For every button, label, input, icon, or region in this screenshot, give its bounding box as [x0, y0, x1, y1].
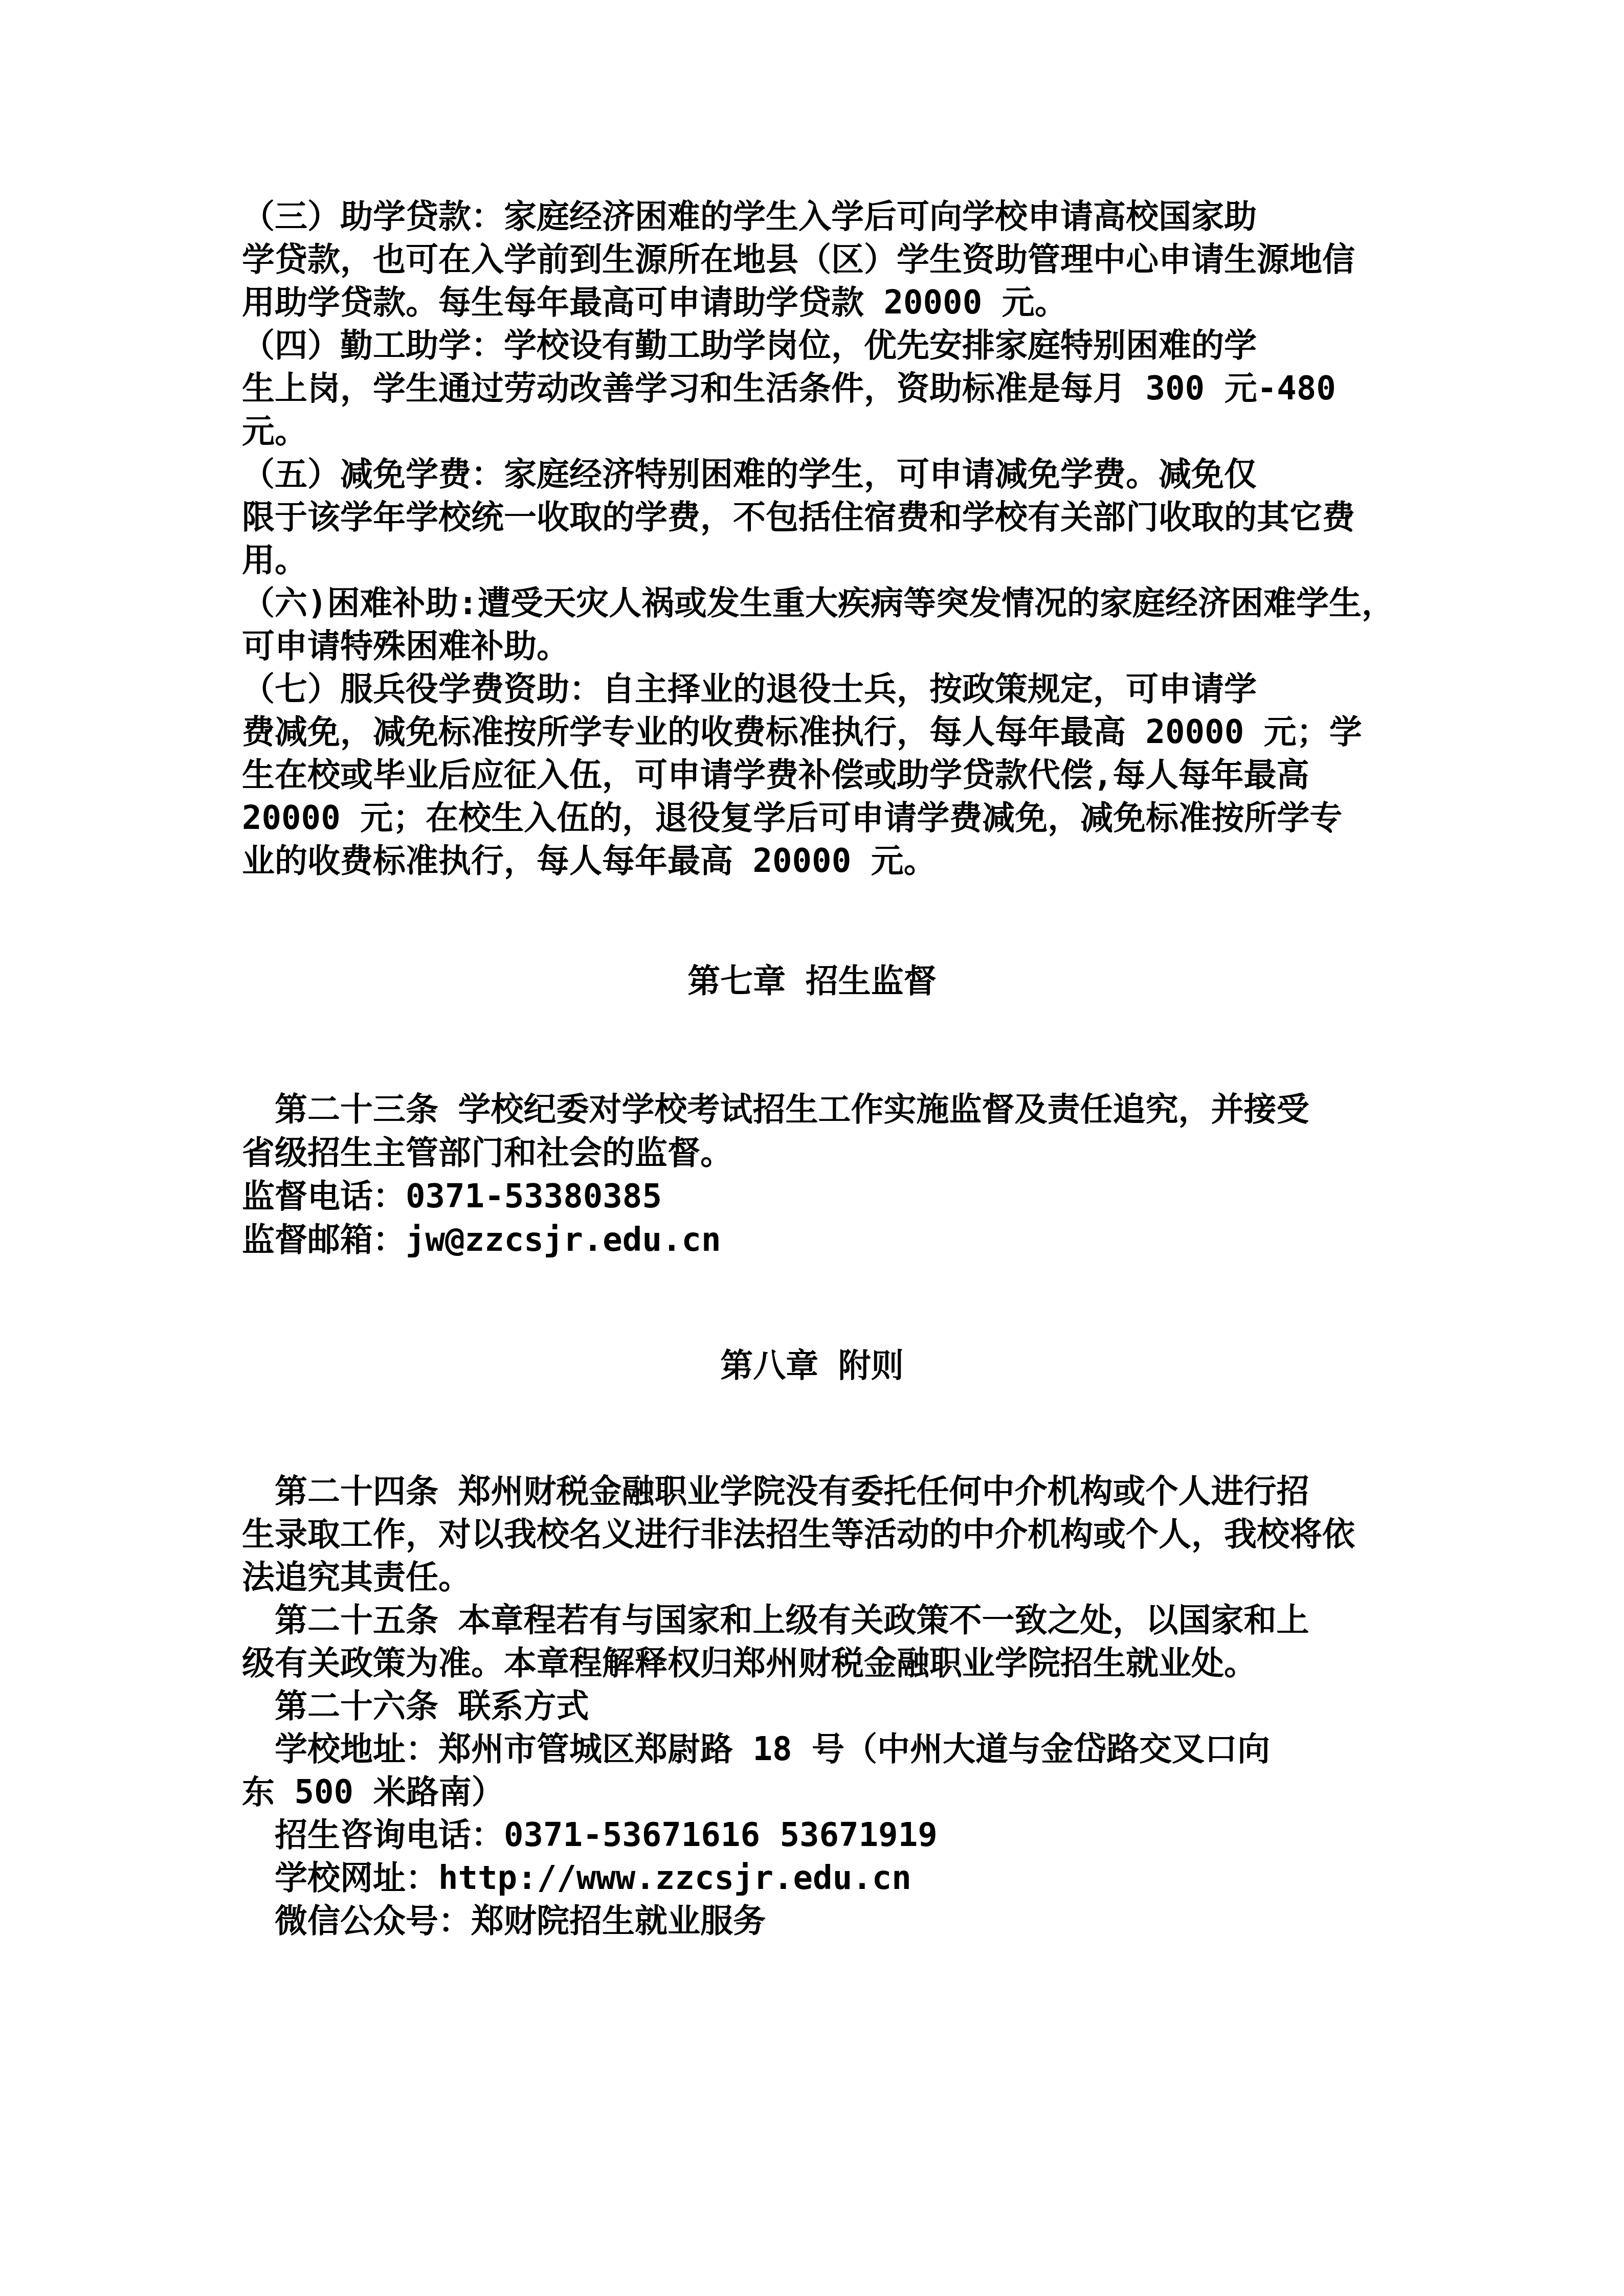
supervision-email-line: 监督邮箱：jw@zzcsjr.edu.cn: [242, 1219, 1480, 1262]
consult-phone-label: 招生咨询电话：: [242, 1816, 504, 1854]
text-line: （六)困难补助:遭受天灾人祸或发生重大疾病等突发情况的家庭经济困难学生，: [242, 582, 1480, 625]
text-line: 限于该学年学校统一收取的学费，不包括住宿费和学校有关部门收取的其它费: [242, 496, 1480, 539]
text-line: 生在校或毕业后应征入伍，可申请学费补偿或助学贷款代偿,每人每年最高: [242, 754, 1480, 797]
document-page: { "colors": { "page_background": "#fffff…: [0, 0, 1624, 2296]
text-line: （五）减免学费：家庭经济特别困难的学生，可申请减免学费。减免仅: [242, 453, 1480, 496]
text-line: 元。: [242, 410, 1480, 453]
text-line: 省级招生主管部门和社会的监督。: [242, 1132, 1480, 1175]
consult-phone-line: 招生咨询电话：0371-53671616 53671919: [242, 1814, 1480, 1857]
chapter-7-heading: 第七章 招生监督: [0, 960, 1624, 1003]
supervision-phone-number: 0371-53380385: [406, 1178, 662, 1215]
supervision-phone-label: 监督电话：: [242, 1178, 406, 1215]
supervision-phone-line: 监督电话：0371-53380385: [242, 1175, 1480, 1219]
text-line: 第二十四条 郑州财税金融职业学院没有委托任何中介机构或个人进行招: [242, 1470, 1480, 1513]
financial-aid-section: （三）助学贷款：家庭经济困难的学生入学后可向学校申请高校国家助 学贷款，也可在入…: [242, 195, 1480, 883]
text-line: 第二十三条 学校纪委对学校考试招生工作实施监督及责任追究，并接受: [242, 1088, 1480, 1132]
text-line: 法追究其责任。: [242, 1556, 1480, 1599]
appendix-section: 第二十四条 郑州财税金融职业学院没有委托任何中介机构或个人进行招 生录取工作，对…: [242, 1470, 1480, 1943]
text-line: 费减免，减免标准按所学专业的收费标准执行，每人每年最高 20000 元；学: [242, 711, 1480, 754]
school-address-line: 学校地址：郑州市管城区郑尉路 18 号（中州大道与金岱路交叉口向: [242, 1728, 1480, 1771]
text-line: 级有关政策为准。本章程解释权归郑州财税金融职业学院招生就业处。: [242, 1642, 1480, 1685]
text-line: 第二十六条 联系方式: [242, 1685, 1480, 1728]
text-line: 业的收费标准执行，每人每年最高 20000 元。: [242, 840, 1480, 883]
supervision-email-label: 监督邮箱：: [242, 1221, 406, 1259]
website-url: http://www.zzcsjr.edu.cn: [438, 1859, 911, 1897]
supervision-email-address: jw@zzcsjr.edu.cn: [406, 1221, 721, 1259]
website-label: 学校网址：: [242, 1859, 438, 1897]
text-line: 学贷款，也可在入学前到生源所在地县（区）学生资助管理中心申请生源地信: [242, 238, 1480, 281]
text-line: （四）勤工助学：学校设有勤工助学岗位，优先安排家庭特别困难的学: [242, 324, 1480, 367]
text-line: 用助学贷款。每生每年最高可申请助学贷款 20000 元。: [242, 281, 1480, 324]
text-line: 用。: [242, 539, 1480, 582]
text-line: 生录取工作，对以我校名义进行非法招生等活动的中介机构或个人，我校将依: [242, 1513, 1480, 1556]
consult-phone-number: 0371-53671616 53671919: [504, 1816, 938, 1854]
text-line: （三）助学贷款：家庭经济困难的学生入学后可向学校申请高校国家助: [242, 195, 1480, 238]
text-line: 20000 元；在校生入伍的，退役复学后可申请学费减免，减免标准按所学专: [242, 797, 1480, 840]
supervision-section: 第二十三条 学校纪委对学校考试招生工作实施监督及责任追究，并接受 省级招生主管部…: [242, 1088, 1480, 1262]
text-line: （七）服兵役学费资助：自主择业的退役士兵，按政策规定，可申请学: [242, 668, 1480, 711]
text-line: 东 500 米路南）: [242, 1771, 1480, 1814]
text-line: 可申请特殊困难补助。: [242, 625, 1480, 668]
website-line: 学校网址：http://www.zzcsjr.edu.cn: [242, 1857, 1480, 1900]
wechat-line: 微信公众号：郑财院招生就业服务: [242, 1900, 1480, 1943]
text-line: 生上岗，学生通过劳动改善学习和生活条件，资助标准是每月 300 元-480: [242, 367, 1480, 410]
text-line: 第二十五条 本章程若有与国家和上级有关政策不一致之处，以国家和上: [242, 1599, 1480, 1642]
chapter-8-heading: 第八章 附则: [0, 1344, 1624, 1387]
